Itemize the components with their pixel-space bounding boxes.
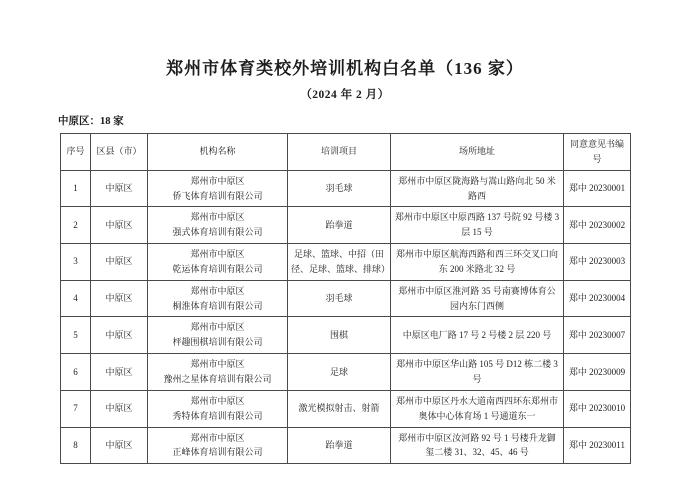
col-header-approval-no: 同意意见书编号: [564, 134, 631, 171]
cell-program: 足球、篮球、中招（田径、足球、篮球、排球）: [288, 244, 391, 281]
table-row: 3 中原区 郑州市中原区 乾运体育培训有限公司 足球、篮球、中招（田径、足球、篮…: [61, 244, 631, 281]
cell-approval-no: 郑中 20230002: [564, 207, 631, 244]
cell-index: 6: [61, 354, 91, 391]
cell-index: 5: [61, 317, 91, 354]
cell-program: 跆拳道: [288, 207, 391, 244]
cell-approval-no: 郑中 20230004: [564, 280, 631, 317]
col-header-institution: 机构名称: [148, 134, 288, 171]
cell-district: 中原区: [91, 390, 148, 427]
cell-program: 跆拳道: [288, 427, 391, 464]
table-row: 6 中原区 郑州市中原区 豫州之星体育培训有限公司 足球 郑州市中原区华山路 1…: [61, 354, 631, 391]
table-row: 4 中原区 郑州市中原区 桐淮体育培训有限公司 羽毛球 郑州市中原区淮河路 35…: [61, 280, 631, 317]
cell-institution: 郑州市中原区 豫州之星体育培训有限公司: [148, 354, 288, 391]
cell-program: 足球: [288, 354, 391, 391]
col-header-program: 培训项目: [288, 134, 391, 171]
cell-approval-no: 郑中 20230009: [564, 354, 631, 391]
cell-program: 羽毛球: [288, 280, 391, 317]
cell-index: 3: [61, 244, 91, 281]
col-header-index: 序号: [61, 134, 91, 171]
cell-approval-no: 郑中 20230011: [564, 427, 631, 464]
cell-district: 中原区: [91, 317, 148, 354]
cell-district: 中原区: [91, 244, 148, 281]
table-row: 7 中原区 郑州市中原区 秀特体育培训有限公司 激光模拟射击、射箭 郑州市中原区…: [61, 390, 631, 427]
table-row: 5 中原区 郑州市中原区 枰趣围棋培训有限公司 围棋 中原区电厂路 17 号 2…: [61, 317, 631, 354]
cell-address: 郑州市中原区航海西路和西三环交叉口向东 200 米路北 32 号: [391, 244, 564, 281]
cell-institution: 郑州市中原区 桐淮体育培训有限公司: [148, 280, 288, 317]
cell-district: 中原区: [91, 280, 148, 317]
page-title: 郑州市体育类校外培训机构白名单（136 家）: [0, 0, 690, 79]
cell-address: 郑州市中原区淮河路 35 号南赛博体育公园内东门西侧: [391, 280, 564, 317]
cell-index: 1: [61, 170, 91, 207]
cell-address: 郑州市中原区华山路 105 号 D12 栋二楼 3 号: [391, 354, 564, 391]
section-label: 中原区：18 家: [58, 113, 690, 128]
cell-program: 羽毛球: [288, 170, 391, 207]
cell-district: 中原区: [91, 170, 148, 207]
cell-institution: 郑州市中原区 秀特体育培训有限公司: [148, 390, 288, 427]
cell-approval-no: 郑中 20230001: [564, 170, 631, 207]
whitelist-table: 序号 区县（市） 机构名称 培训项目 场所地址 同意意见书编号 1 中原区 郑州…: [60, 133, 631, 464]
cell-index: 8: [61, 427, 91, 464]
page-subtitle: （2024 年 2 月）: [0, 86, 690, 102]
cell-program: 围棋: [288, 317, 391, 354]
document-page: 郑州市体育类校外培训机构白名单（136 家） （2024 年 2 月） 中原区：…: [0, 0, 690, 488]
cell-address: 中原区电厂路 17 号 2 号楼 2 层 220 号: [391, 317, 564, 354]
cell-approval-no: 郑中 20230010: [564, 390, 631, 427]
cell-institution: 郑州市中原区 强式体育培训有限公司: [148, 207, 288, 244]
cell-institution: 郑州市中原区 侨飞体育培训有限公司: [148, 170, 288, 207]
cell-address: 郑州市中原区汝河路 92 号 1 号楼升龙御玺二楼 31、32、45、46 号: [391, 427, 564, 464]
cell-address: 郑州市中原区陇海路与嵩山路向北 50 米路西: [391, 170, 564, 207]
cell-address: 郑州市中原区丹水大道南西四环东郑州市奥体中心体育场 1 号通道东一: [391, 390, 564, 427]
cell-program: 激光模拟射击、射箭: [288, 390, 391, 427]
col-header-district: 区县（市）: [91, 134, 148, 171]
cell-district: 中原区: [91, 207, 148, 244]
cell-district: 中原区: [91, 427, 148, 464]
col-header-address: 场所地址: [391, 134, 564, 171]
table-row: 1 中原区 郑州市中原区 侨飞体育培训有限公司 羽毛球 郑州市中原区陇海路与嵩山…: [61, 170, 631, 207]
cell-index: 7: [61, 390, 91, 427]
cell-approval-no: 郑中 20230007: [564, 317, 631, 354]
cell-institution: 郑州市中原区 乾运体育培训有限公司: [148, 244, 288, 281]
table-row: 2 中原区 郑州市中原区 强式体育培训有限公司 跆拳道 郑州市中原区中原西路 1…: [61, 207, 631, 244]
cell-index: 4: [61, 280, 91, 317]
cell-district: 中原区: [91, 354, 148, 391]
cell-institution: 郑州市中原区 正峰体育培训有限公司: [148, 427, 288, 464]
table-header-row: 序号 区县（市） 机构名称 培训项目 场所地址 同意意见书编号: [61, 134, 631, 171]
cell-institution: 郑州市中原区 枰趣围棋培训有限公司: [148, 317, 288, 354]
cell-address: 郑州市中原区中原西路 137 号院 92 号楼 3 层 15 号: [391, 207, 564, 244]
cell-approval-no: 郑中 20230003: [564, 244, 631, 281]
cell-index: 2: [61, 207, 91, 244]
table-row: 8 中原区 郑州市中原区 正峰体育培训有限公司 跆拳道 郑州市中原区汝河路 92…: [61, 427, 631, 464]
